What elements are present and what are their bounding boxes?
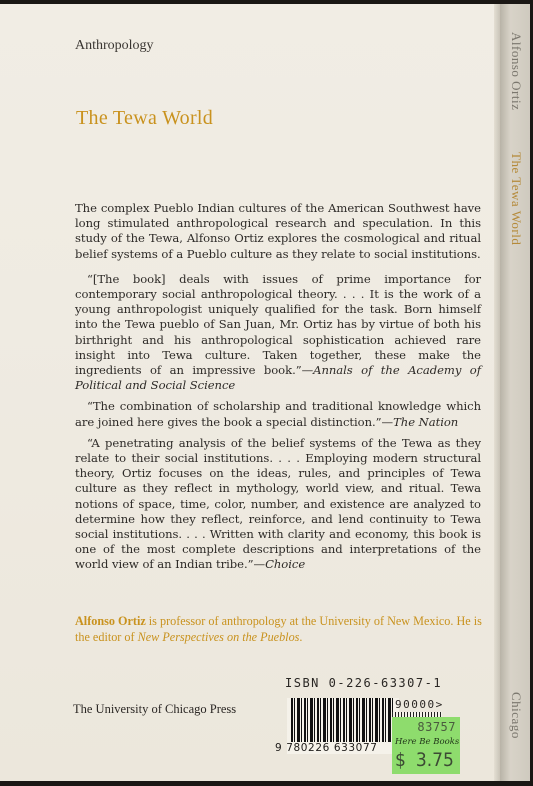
price: $3.75 [395,749,454,771]
price-code: 90000> [395,698,444,711]
review-quote: “The combination of scholarship and trad… [75,399,481,429]
publisher-name: The University of Chicago Press [73,702,236,717]
currency-symbol: $ [395,749,406,771]
price-sticker: 83757 Here Be Books $3.75 [392,717,460,774]
spine-publisher: Chicago [508,692,524,739]
barcode-bars [291,698,395,742]
spine-title: The Tewa World [508,152,524,245]
book-spine: Alfonso Ortiz The Tewa World Chicago [500,4,530,781]
sticker-code: 83757 [417,720,456,734]
isbn-label: ISBN 0-226-63307-1 [285,676,442,690]
other-book-title: New Perspectives on the Pueblos [138,630,300,644]
book-back-cover: Anthropology The Tewa World The complex … [0,4,512,781]
review-source: Choice [265,557,305,571]
description: The complex Pueblo Indian cultures of th… [75,201,481,262]
review-quote: “A penetrating analysis of the belief sy… [75,436,481,573]
book-title: The Tewa World [76,107,213,130]
barcode-number: 9 780226 633077 [275,742,405,754]
blurb: The complex Pueblo Indian cultures of th… [75,201,481,579]
shop-name: Here Be Books [395,737,459,747]
barcode: 9 780226 633077 [287,698,399,754]
review-source: The Nation [393,415,458,429]
author-name: Alfonso Ortiz [75,614,146,628]
review-quote: “[The book] deals with issues of prime i… [75,272,481,394]
category-label: Anthropology [75,38,154,54]
spine-author: Alfonso Ortiz [508,32,524,110]
author-bio: Alfonso Ortiz is professor of anthropolo… [75,613,485,645]
